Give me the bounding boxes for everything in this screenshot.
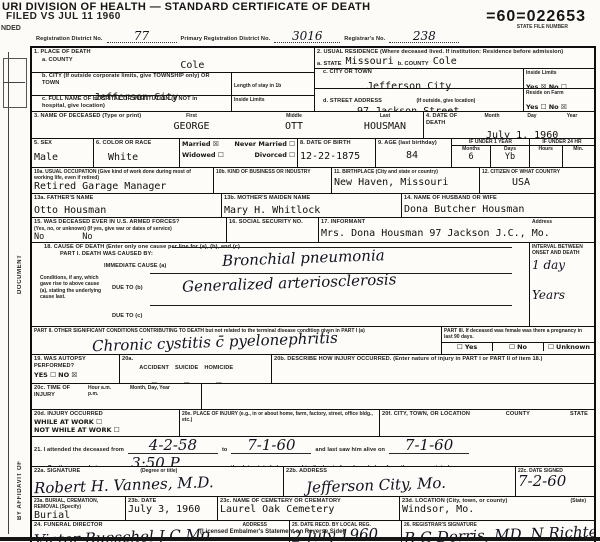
section-birthplace: 11. BIRTHPLACE (City and state or countr… [332, 168, 480, 193]
residence-street-note: (If outside, give location) [416, 98, 475, 104]
time-of-injury-blank [202, 384, 594, 409]
death-occurred-post: m on the date stated above, and to the b… [215, 465, 451, 466]
residence-county-value: Cole [433, 57, 457, 68]
section-father: 13a. FATHER'S NAME Otto Housman [32, 194, 222, 217]
section-date-signed: 22c. DATE SIGNED 7-2-60 [516, 467, 594, 496]
burial-type-label: 23a. BURIAL, CREMATION, REMOVAL (Specify… [34, 498, 123, 511]
time-injury-hour-label: Hour a.m. p.m. [88, 385, 122, 400]
primary-district-label: Primary Registration District No. [181, 36, 271, 43]
name-heading: 3. NAME OF DECEASED (Type or print) [34, 113, 144, 120]
accident-box: ☐ [151, 381, 157, 383]
row-place-residence: 1. PLACE OF DEATH a. COUNTY Cole b. CITY… [32, 48, 594, 112]
primary-district-value: 3016 [274, 30, 340, 43]
under1-months: Months 6 [452, 146, 491, 167]
row-part2-part3: PART II. OTHER SIGNIFICANT CONDITIONS CO… [32, 327, 594, 355]
death-time-value: 3:50 P. [101, 456, 211, 466]
sex-label: 5. SEX [34, 140, 91, 147]
section-under-24hr: IF UNDER 24 HR Hours Min. [530, 139, 594, 167]
injury-while-at-work: WHILE AT WORK ☐ [34, 418, 177, 426]
cemetery-value: Laurel Oak Cemetery [220, 505, 397, 516]
injury-state-label: STATE [570, 411, 588, 418]
registration-line: Registration District No. 77 Primary Reg… [36, 30, 576, 43]
row-parents-spouse: 13a. FATHER'S NAME Otto Housman 13b. MOT… [32, 194, 594, 218]
section-informant: 17. INFORMANT Address Mrs. Dona Housman … [319, 218, 594, 242]
occupation-label: 10a. USUAL OCCUPATION (Give kind of work… [34, 169, 211, 182]
armed-forces-value-1: No [34, 233, 44, 242]
death-county-value: Cole [180, 61, 204, 72]
age-value: 84 [406, 151, 449, 162]
filed-date-stamp: FILED VS JUL 11 1960 [6, 11, 121, 22]
field-residence-city: c. CITY OR TOWN Jefferson City Inside Li… [315, 69, 594, 89]
dod-month-label: Month [472, 113, 512, 128]
scan-edge-bar [0, 537, 600, 541]
suicide-box: ☐ [184, 381, 190, 383]
part3-option-yes: ☐ Yes [442, 343, 493, 351]
section-armed-forces: 15. WAS DECEASED EVER IN U.S. ARMED FORC… [32, 218, 227, 242]
suicide-word: SUICIDE [175, 365, 198, 371]
dod-heading: 4. DATE OF DEATH [426, 113, 472, 128]
occupation-value: Retired Garage Manager [34, 182, 211, 193]
registrar-no-label: Registrar's No. [344, 36, 385, 43]
under1-months-value: 6 [453, 153, 489, 162]
section-citizen: 12. CITIZEN OF WHAT COUNTRY USA [480, 168, 594, 193]
sidebar-label-document: DOCUMENT [17, 238, 23, 294]
autopsy-checkboxes: YES ☐ NO ☒ [34, 371, 117, 379]
death-county-label: a. COUNTY [42, 57, 73, 72]
burial-state-label: (State) [570, 498, 586, 505]
injury-city-label: 20f. CITY, TOWN, OR LOCATION [382, 411, 470, 418]
length-of-stay-box: Length of stay in 1b [231, 73, 314, 95]
burial-date-value: July 3, 1960 [128, 505, 215, 516]
name-last-label: Last [349, 113, 421, 120]
reg-district-value: 77 [107, 30, 177, 43]
section-interval: INTERVAL BETWEEN ONSET AND DEATH 1 day Y… [530, 243, 594, 326]
section-burial-date: 23b. DATE July 3, 1960 [126, 497, 218, 520]
section-ssn: 16. SOCIAL SECURITY NO. [227, 218, 319, 242]
ssn-label: 16. SOCIAL SECURITY NO. [229, 219, 316, 226]
industry-label: 10b. KIND OF BUSINESS OR INDUSTRY [216, 169, 329, 175]
death-certificate-page: URI DIVISION OF HEALTH — STANDARD CERTIF… [0, 0, 600, 542]
residence-city-label: c. CITY OR TOWN [323, 69, 521, 76]
informant-label: 17. INFORMANT [321, 219, 365, 226]
interval-b-value: Years [532, 289, 592, 301]
immediate-cause-value: Bronchial pneumonia [222, 248, 385, 269]
date-signed-value: 7-2-60 [518, 474, 592, 489]
section-burial-type: 23a. BURIAL, CREMATION, REMOVAL (Specify… [32, 497, 126, 520]
under1-days: Days Yb [491, 146, 529, 167]
mother-value: Mary H. Whitlock [224, 206, 399, 217]
time-injury-label: 20c. TIME OF INJURY [34, 385, 80, 400]
row-name-dod: 3. NAME OF DECEASED (Type or print) Firs… [32, 112, 594, 139]
section-name-of-deceased: 3. NAME OF DECEASED (Type or print) Firs… [32, 112, 424, 138]
section-marital-status: Married ☒ Never Married ☐ Widowed ☐ Divo… [180, 139, 298, 167]
attended-from-value: 4-2-58 [128, 438, 218, 454]
name-last-value: HOUSMAN [349, 122, 421, 133]
section-date-of-death: 4. DATE OF DEATH Month Day Year July 1, … [424, 112, 594, 138]
race-label: 6. COLOR OR RACE [96, 140, 177, 147]
armed-forces-value-2: No [82, 233, 92, 242]
margin-box [3, 58, 27, 108]
dod-value: July 1, 1960 [486, 131, 592, 138]
section-cemetery: 23c. NAME OF CEMETERY OR CREMATORY Laure… [218, 497, 400, 520]
row-autopsy-accident: 19. WAS AUTOPSY PERFORMED? YES ☐ NO ☒ 20… [32, 355, 594, 384]
section-physician-signature: 22a. SIGNATURE (Degree or title) Robert … [32, 467, 284, 496]
part3-heading: PART III. If deceased was female was the… [442, 327, 594, 342]
death-occurred-pre: Death occurred at [48, 465, 97, 466]
mother-label: 13b. MOTHER'S MAIDEN NAME [224, 195, 399, 202]
certificate-form: 1. PLACE OF DEATH a. COUNTY Cole b. CITY… [30, 46, 596, 542]
section-physician-address: 22b. ADDRESS Jefferson City, Mo. [284, 467, 516, 496]
race-value: White [108, 153, 177, 164]
under24-min-label: Min. [563, 146, 595, 167]
section-accident-suicide-homicide: 20a. ACCIDENT ☐ SUICIDE ☐ HOMICIDE ☐ [120, 355, 272, 383]
spouse-label: 14. NAME OF HUSBAND OR WIFE [404, 195, 592, 202]
inside-limits-label-2: Inside Limits [526, 70, 592, 76]
birthplace-label: 11. BIRTHPLACE (City and state or countr… [334, 169, 477, 175]
field-death-county: a. COUNTY Cole [32, 57, 314, 73]
citizen-value: USA [512, 178, 592, 189]
inside-limits-checkboxes-1: Yes ☒ No ☐ [234, 110, 275, 111]
name-middle-label: Middle [239, 113, 349, 120]
armed-forces-label: 15. WAS DECEASED EVER IN U.S. ARMED FORC… [34, 219, 224, 226]
funeral-director-label: 24. FUNERAL DIRECTOR [34, 522, 103, 529]
reverse-side-note: (Licensed Embalmer's Statement on Revers… [200, 529, 344, 535]
age-label: 9. AGE (last birthday) [378, 140, 449, 147]
residence-street-label: d. STREET ADDRESS [323, 98, 382, 104]
length-of-stay-label: Length of stay in 1b [234, 83, 281, 89]
section-date-of-birth: 8. DATE OF BIRTH 12-22-1875 [298, 139, 376, 167]
section-cause-of-death: 18. CAUSE OF DEATH (Enter only one cause… [32, 243, 530, 326]
margin-rule [8, 52, 9, 534]
place-of-death-heading: 1. PLACE OF DEATH [32, 48, 314, 57]
field-death-city: b. CITY (If outside corporate limits, gi… [32, 73, 314, 96]
section-race: 6. COLOR OR RACE White [94, 139, 180, 167]
row-time-of-injury: 20c. TIME OF INJURY Hour a.m. p.m. Month… [32, 384, 594, 410]
dob-value: 12-22-1875 [300, 152, 373, 163]
residence-state-label: a. STATE [317, 61, 342, 68]
part3-option-unknown: ☐ Unknown [544, 343, 594, 351]
section-injury-at-work: 20d. INJURY OCCURRED WHILE AT WORK ☐ NOT… [32, 410, 180, 436]
citizen-label: 12. CITIZEN OF WHAT COUNTRY [482, 169, 592, 175]
burial-location-value: Windsor, Mo. [402, 505, 592, 516]
autopsy-label: 19. WAS AUTOPSY PERFORMED? [34, 356, 117, 371]
row-injury-location: 20d. INJURY OCCURRED WHILE AT WORK ☐ NOT… [32, 410, 594, 437]
accident-word: ACCIDENT [139, 365, 169, 371]
margin-box-divider [3, 82, 25, 83]
dod-year-label: Year [552, 113, 592, 128]
amended-label-fragment: NDED [1, 25, 21, 32]
reside-on-farm-checkboxes: Yes ☐ No ☒ [526, 103, 567, 111]
interval-a-value: 1 day [532, 259, 592, 271]
due-to-c-label: DUE TO (c) [112, 313, 142, 320]
under24-hours-label: Hours [530, 146, 563, 167]
section-spouse: 14. NAME OF HUSBAND OR WIFE Dona Butcher… [402, 194, 594, 217]
injury-occurred-label: 20d. INJURY OCCURRED [34, 411, 177, 418]
row-physician-signature: 22a. SIGNATURE (Degree or title) Robert … [32, 467, 594, 497]
name-first-label: First [144, 113, 239, 120]
section-place-of-death: 1. PLACE OF DEATH a. COUNTY Cole b. CITY… [32, 48, 315, 111]
attended-to-label: to [222, 447, 227, 454]
marital-widowed: Widowed ☐ [182, 151, 234, 159]
field-residence-street: d. STREET ADDRESS (If outside, give loca… [315, 89, 594, 111]
reg-district-label: Registration District No. [36, 36, 103, 43]
last-saw-label: and last saw him alive on [315, 447, 385, 454]
section-usual-residence: 2. USUAL RESIDENCE (Where deceased lived… [315, 48, 594, 111]
death-hospital-label: c. FULL NAME OF HOSPITAL OR INSTITUTION … [42, 96, 222, 111]
row-demographics: 5. SEX Male 6. COLOR OR RACE White Marri… [32, 139, 594, 168]
section-sex: 5. SEX Male [32, 139, 94, 167]
row-burial: 23a. BURIAL, CREMATION, REMOVAL (Specify… [32, 497, 594, 521]
describe-injury-label: 20b. DESCRIBE HOW INJURY OCCURRED. (Ente… [274, 356, 592, 363]
physician-signature-value: Robert H. Vannes, M.D. [34, 473, 281, 496]
row-forces-ssn-informant: 15. WAS DECEASED EVER IN U.S. ARMED FORC… [32, 218, 594, 243]
sidebar-label-by-affidavit: BY AFFIDAVIT OF [17, 446, 23, 520]
section-burial-location: 23d. LOCATION (City, town, or county) (S… [400, 497, 594, 520]
part3-option-no: ☐ No [493, 343, 544, 351]
informant-address-label: Address [532, 219, 552, 226]
section-describe-injury: 20b. DESCRIBE HOW INJURY OCCURRED. (Ente… [272, 355, 594, 383]
interval-header: INTERVAL BETWEEN ONSET AND DEATH [532, 244, 592, 257]
last-saw-value: 7-1-60 [389, 438, 469, 454]
homicide-word: HOMICIDE [204, 365, 233, 371]
dod-day-label: Day [512, 113, 552, 128]
under1-label: IF UNDER 1 YEAR [452, 139, 529, 146]
accident-num: 20a. [122, 356, 133, 383]
signature-label: 22a. SIGNATURE [34, 468, 80, 475]
injury-not-while-at-work: NOT WHILE AT WORK ☐ [34, 426, 177, 434]
section-part2: PART II. OTHER SIGNIFICANT CONDITIONS CO… [32, 327, 442, 354]
section-place-of-injury: 20e. PLACE OF INJURY (e.g., in or about … [180, 410, 380, 436]
place-of-injury-label: 20e. PLACE OF INJURY (e.g., in or about … [182, 411, 377, 424]
informant-value: Mrs. Dona Housman 97 Jackson J.C., Mo. [321, 229, 592, 240]
name-first-value: GEORGE [144, 122, 239, 133]
father-value: Otto Housman [34, 206, 219, 217]
spouse-value: Dona Butcher Housman [404, 205, 592, 216]
inside-limits-box-1: Inside Limits Yes ☒ No ☐ [231, 96, 314, 111]
sex-value: Male [34, 153, 91, 164]
burial-type-value: Burial [34, 511, 123, 521]
due-to-b-value: Generalized arteriosclerosis [182, 272, 397, 294]
due-to-b-label: DUE TO (b) [112, 285, 143, 292]
reside-on-farm-box: Reside on Farm Yes ☐ No ☒ [523, 89, 594, 111]
section-under-1-year: IF UNDER 1 YEAR Months 6 Days Yb [452, 139, 530, 167]
registrar-no-value: 238 [389, 30, 459, 43]
section-age: 9. AGE (last birthday) 84 [376, 139, 452, 167]
death-city-label: b. CITY (If outside corporate limits, gi… [42, 73, 212, 88]
field-residence-state-county: a. STATE Missouri b. COUNTY Cole [315, 57, 594, 69]
field-death-location: c. FULL NAME OF HOSPITAL OR INSTITUTION … [32, 96, 314, 111]
section-mother: 13b. MOTHER'S MAIDEN NAME Mary H. Whitlo… [222, 194, 402, 217]
section-time-of-injury: 20c. TIME OF INJURY Hour a.m. p.m. Month… [32, 384, 202, 409]
section-autopsy: 19. WAS AUTOPSY PERFORMED? YES ☐ NO ☒ [32, 355, 120, 383]
name-middle-value: OTT [239, 122, 349, 133]
injury-county-label: COUNTY [506, 411, 530, 418]
section-occupation: 10a. USUAL OCCUPATION (Give kind of work… [32, 168, 214, 193]
inside-limits-label-1: Inside Limits [234, 97, 312, 103]
father-label: 13a. FATHER'S NAME [34, 195, 219, 202]
under1-days-value: Yb [492, 153, 528, 162]
marital-married: Married ☒ [182, 140, 234, 148]
conditions-note: Conditions, if any, which gave rise to a… [40, 275, 104, 300]
row-attended-statement: 21. I attended the deceased from 4-2-58 … [32, 437, 594, 467]
dob-label: 8. DATE OF BIRTH [300, 140, 373, 147]
marital-divorced: Divorced ☐ [234, 151, 295, 159]
marital-never-married: Never Married ☐ [234, 140, 295, 148]
row-cause-of-death: 18. CAUSE OF DEATH (Enter only one cause… [32, 243, 594, 327]
residence-county-label: b. COUNTY [398, 61, 429, 68]
section-attended: 21. I attended the deceased from 4-2-58 … [32, 437, 594, 466]
time-injury-mdy-label: Month, Day, Year [130, 385, 170, 400]
attended-pre: 21. I attended the deceased from [34, 447, 124, 454]
physician-address-value: Jefferson City, Mo. [306, 474, 513, 496]
section-injury-city: 20f. CITY, TOWN, OR LOCATION COUNTY STAT… [380, 410, 594, 436]
immediate-cause-label: IMMEDIATE CAUSE (a) [104, 263, 166, 270]
residence-state-value: Missouri [346, 57, 394, 68]
inside-limits-box-2: Inside Limits Yes ☒ No ☐ [523, 69, 594, 88]
section-part3: PART III. If deceased was female was the… [442, 327, 594, 354]
reside-on-farm-label: Reside on Farm [526, 90, 592, 96]
section-industry: 10b. KIND OF BUSINESS OR INDUSTRY [214, 168, 332, 193]
homicide-box: ☐ [216, 381, 222, 383]
attended-to-value: 7-1-60 [231, 438, 311, 454]
residence-street-value: 97 Jackson Street [357, 107, 521, 111]
under24-label: IF UNDER 24 HR [530, 139, 594, 146]
birthplace-value: New Haven, Missouri [334, 178, 477, 189]
row-occupation: 10a. USUAL OCCUPATION (Give kind of work… [32, 168, 594, 194]
